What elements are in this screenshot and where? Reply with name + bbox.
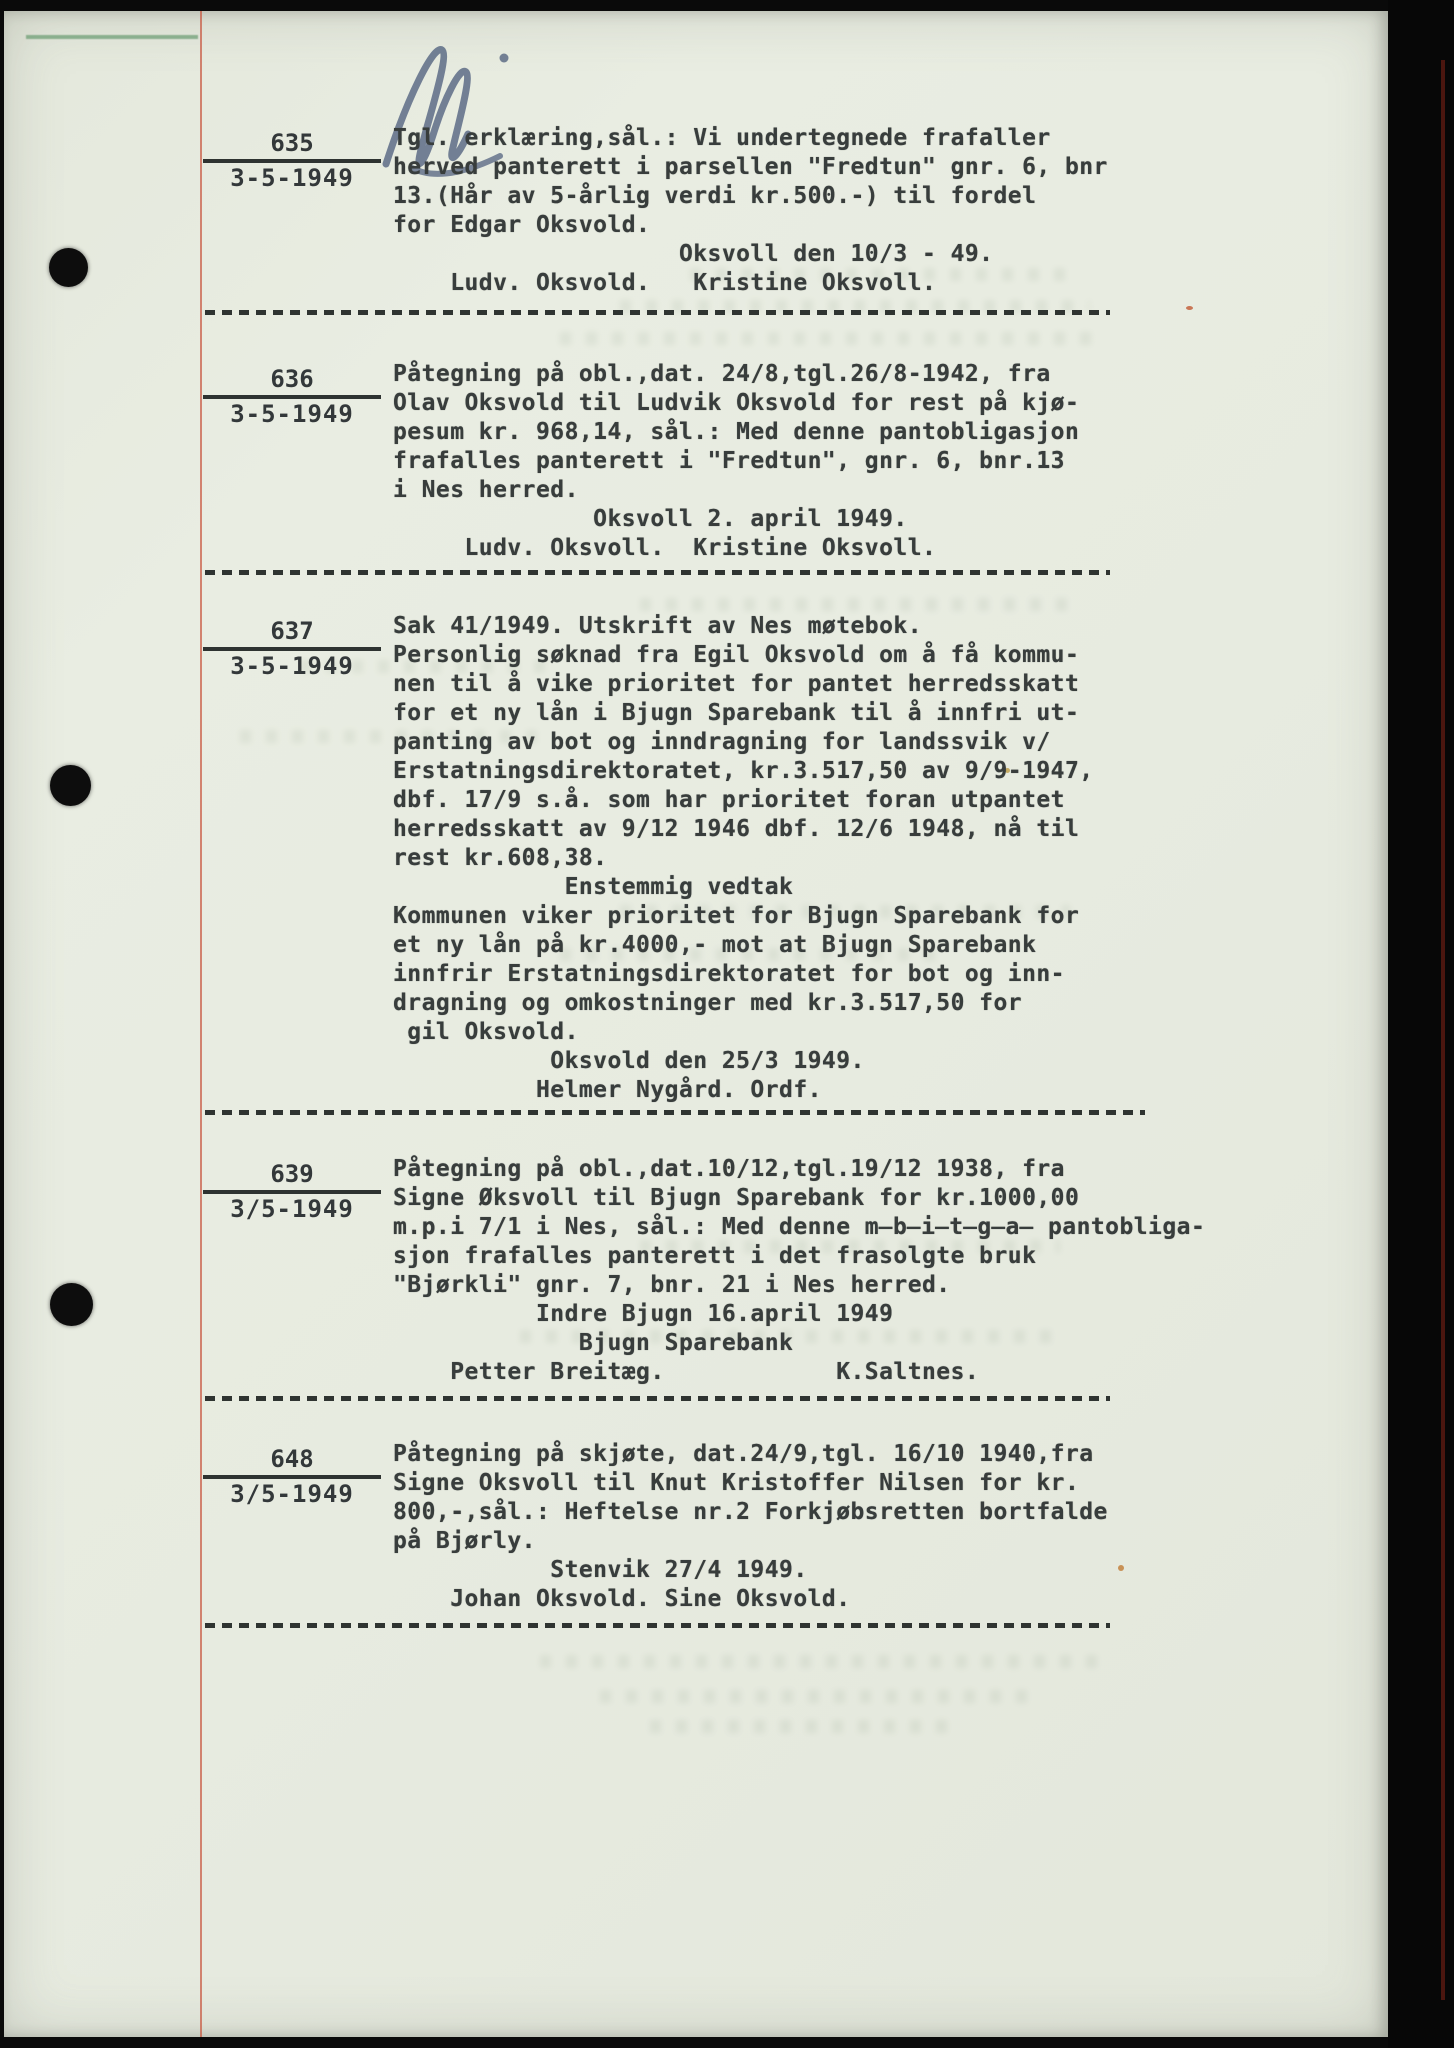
scan-edge-bottom bbox=[0, 2037, 1454, 2048]
entry-636-text: Påtegning på obl.,dat. 24/8,tgl.26/8-194… bbox=[393, 360, 1079, 563]
entry-637-header: 637 3-5-1949 bbox=[213, 618, 371, 680]
ink-speck bbox=[1118, 1565, 1124, 1571]
entry-number: 639 bbox=[213, 1161, 371, 1190]
bleed-through-text bbox=[600, 1690, 1030, 1703]
entry-639-header: 639 3/5-1949 bbox=[213, 1161, 371, 1223]
entry-date: 3-5-1949 bbox=[213, 653, 371, 680]
entry-separator bbox=[205, 1110, 1145, 1115]
entry-number: 635 bbox=[213, 130, 371, 159]
entry-648-text: Påtegning på skjøte, dat.24/9,tgl. 16/10… bbox=[393, 1440, 1108, 1614]
entry-number-underline bbox=[203, 1475, 381, 1479]
scanned-registry-page: { "page": { "paper_color": "#e7ebe0", "i… bbox=[0, 0, 1454, 2048]
scan-edge-left bbox=[0, 0, 4, 2048]
entry-date: 3/5-1949 bbox=[213, 1481, 371, 1508]
entry-639-text: Påtegning på obl.,dat.10/12,tgl.19/12 19… bbox=[393, 1155, 1205, 1387]
red-margin-line bbox=[200, 11, 202, 2037]
entry-number-underline bbox=[203, 1190, 381, 1194]
entry-number-underline bbox=[203, 395, 381, 399]
entry-636-header: 636 3-5-1949 bbox=[213, 366, 371, 428]
entry-date: 3-5-1949 bbox=[213, 165, 371, 192]
entry-date: 3-5-1949 bbox=[213, 401, 371, 428]
entry-648-header: 648 3/5-1949 bbox=[213, 1446, 371, 1508]
entry-separator bbox=[205, 310, 1110, 315]
bleed-through-text bbox=[650, 1720, 950, 1733]
top-page-edge-line bbox=[26, 35, 198, 39]
entry-separator bbox=[205, 1396, 1110, 1401]
hole-punch-icon bbox=[50, 1283, 93, 1326]
entry-date: 3/5-1949 bbox=[213, 1196, 371, 1223]
scan-edge-top bbox=[0, 0, 1454, 11]
entry-635-header: 635 3-5-1949 bbox=[213, 130, 371, 192]
entry-635-text: Tgl. erklæring,sål.: Vi undertegnede fra… bbox=[393, 124, 1108, 298]
hole-punch-icon bbox=[50, 765, 91, 806]
entry-637-text: Sak 41/1949. Utskrift av Nes møtebok. Pe… bbox=[393, 612, 1094, 1105]
bleed-through-text bbox=[640, 598, 1070, 611]
entry-number-underline bbox=[203, 159, 381, 163]
ink-speck bbox=[1186, 306, 1193, 310]
entry-separator bbox=[205, 570, 1110, 575]
bleed-through-text bbox=[560, 332, 1100, 345]
entry-separator bbox=[205, 1623, 1110, 1628]
book-spine-line bbox=[1441, 60, 1445, 2000]
entry-number-underline bbox=[203, 647, 381, 651]
bleed-through-text bbox=[540, 1655, 1100, 1668]
entry-number: 637 bbox=[213, 618, 371, 647]
hole-punch-icon bbox=[49, 248, 88, 287]
entry-number: 636 bbox=[213, 366, 371, 395]
entry-number: 648 bbox=[213, 1446, 371, 1475]
